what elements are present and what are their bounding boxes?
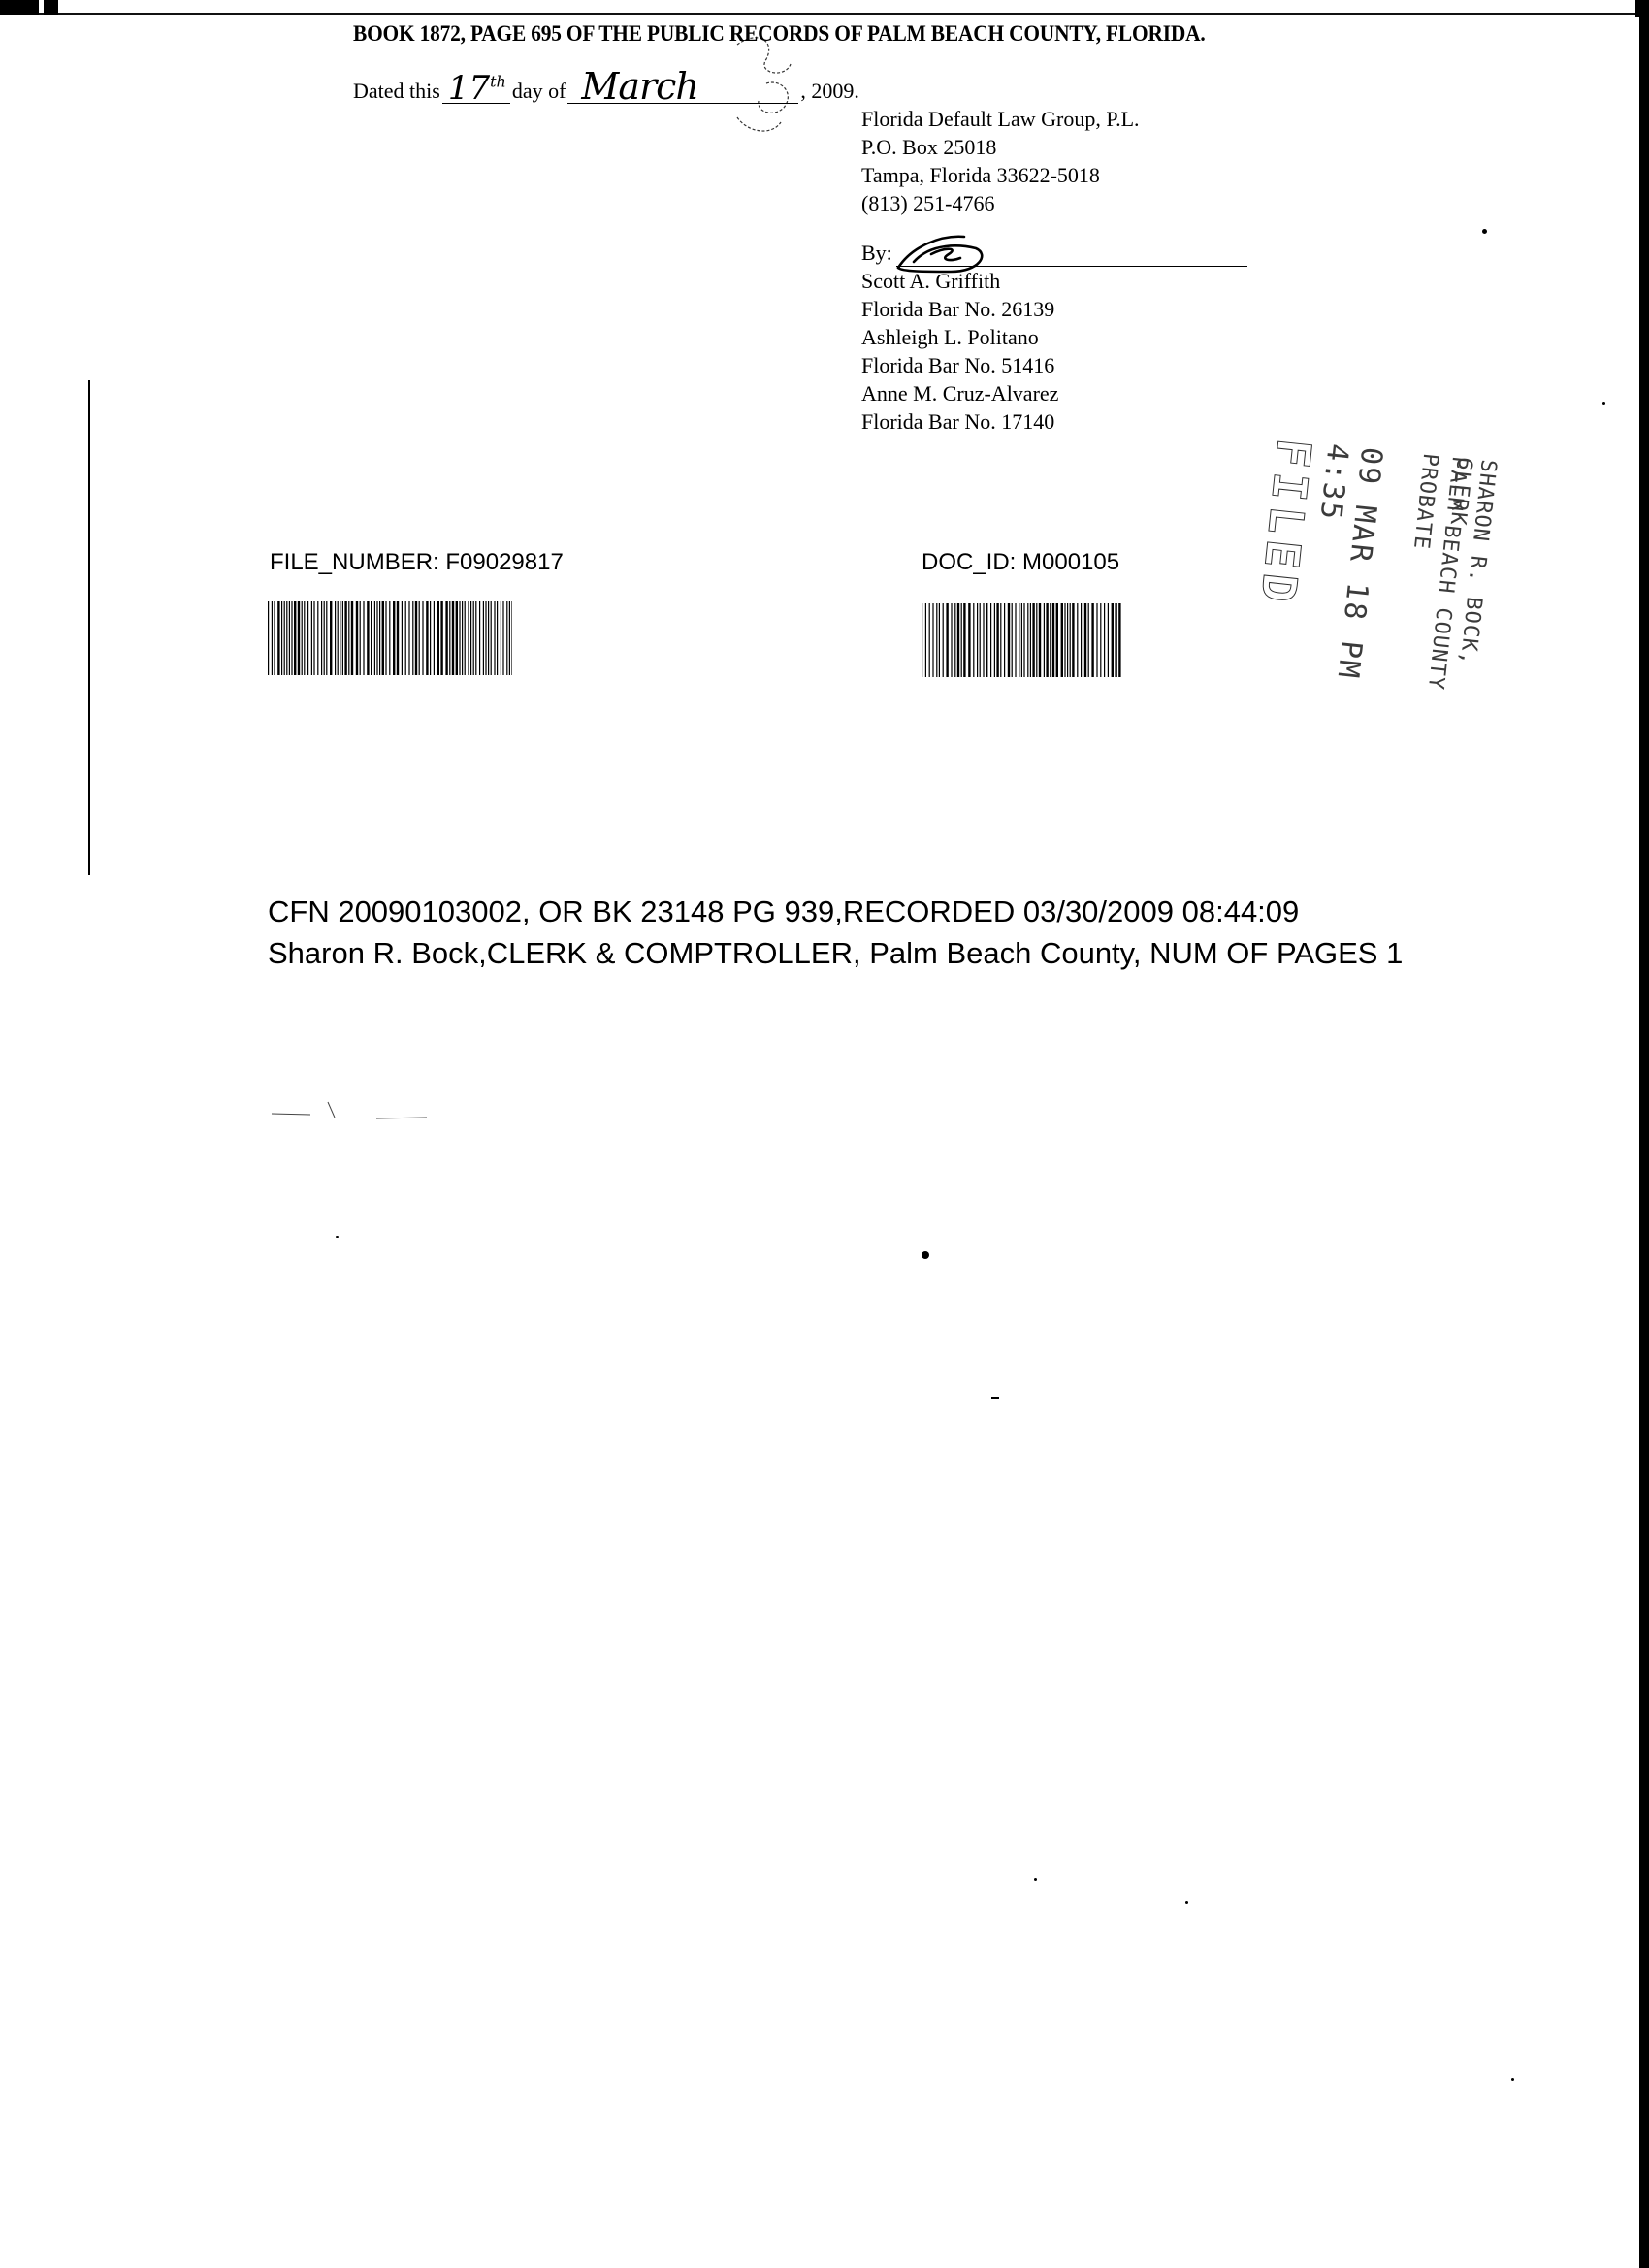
signer-name: Anne M. Cruz-Alvarez: [861, 379, 1247, 407]
scan-speck: [1034, 1878, 1037, 1881]
signer-bar-number: Florida Bar No. 17140: [861, 407, 1247, 436]
dated-year: , 2009.: [800, 79, 859, 104]
file-number-barcode-icon: [268, 601, 512, 675]
dated-prefix: Dated this: [353, 79, 440, 104]
signer-bar-number: Florida Bar No. 26139: [861, 295, 1247, 323]
file-number-label: FILE_NUMBER: F09029817: [270, 549, 564, 576]
recording-line-2: Sharon R. Bock,CLERK & COMPTROLLER, Palm…: [268, 932, 1403, 974]
signer-name: Ashleigh L. Politano: [861, 323, 1247, 351]
scan-speck: [921, 1251, 929, 1259]
book-page-reference: BOOK 1872, PAGE 695 OF THE PUBLIC RECORD…: [353, 21, 1206, 47]
doc-id-barcode-icon: [921, 603, 1121, 677]
signature-icon: [892, 229, 999, 277]
law-firm-name: Florida Default Law Group, P.L.: [861, 105, 1247, 133]
recording-line-1: CFN 20090103002, OR BK 23148 PG 939,RECO…: [268, 891, 1403, 932]
scan-right-edge-band: [1635, 0, 1649, 17]
handwritten-day: 17th: [448, 72, 506, 105]
handwritten-month: March: [581, 68, 698, 105]
scan-speck: [1482, 229, 1487, 234]
doc-id-label: DOC_ID: M000105: [921, 549, 1119, 576]
scan-left-margin-line: [88, 380, 90, 875]
scan-speck: [1511, 2078, 1514, 2081]
day-field: 17th: [442, 78, 510, 104]
stamp-division-line: PROBATE: [1408, 452, 1442, 551]
scan-top-edge-mark: [0, 0, 39, 15]
clerk-filed-stamp: SHARON R. BOCK, CLERK PALM BEACH COUNTY …: [1197, 422, 1515, 723]
signature-block: Florida Default Law Group, P.L. P.O. Box…: [861, 105, 1247, 436]
recording-stamp: CFN 20090103002, OR BK 23148 PG 939,RECO…: [268, 891, 1403, 974]
dated-line: Dated this 17th day of March , 2009.: [353, 78, 859, 104]
scan-smudge-icon: [242, 1094, 456, 1133]
signature-line: By:: [861, 239, 1247, 267]
scan-speck: [991, 1397, 999, 1399]
scan-speck: [1602, 402, 1605, 405]
law-firm-address-2: Tampa, Florida 33622-5018: [861, 161, 1247, 189]
month-field: March: [567, 78, 798, 104]
scan-top-edge-line: [0, 13, 1639, 15]
law-firm-phone: (813) 251-4766: [861, 189, 1247, 217]
scan-right-edge-band: [1639, 0, 1649, 2268]
scan-top-edge-mark: [44, 0, 58, 15]
scan-speck: [1185, 1901, 1188, 1904]
signer-bar-number: Florida Bar No. 51416: [861, 351, 1247, 379]
dated-middle: day of: [512, 79, 566, 104]
signature-underline: [896, 246, 1247, 267]
law-firm-address-1: P.O. Box 25018: [861, 133, 1247, 161]
scan-speck: [336, 1236, 339, 1238]
by-label: By:: [861, 239, 892, 267]
